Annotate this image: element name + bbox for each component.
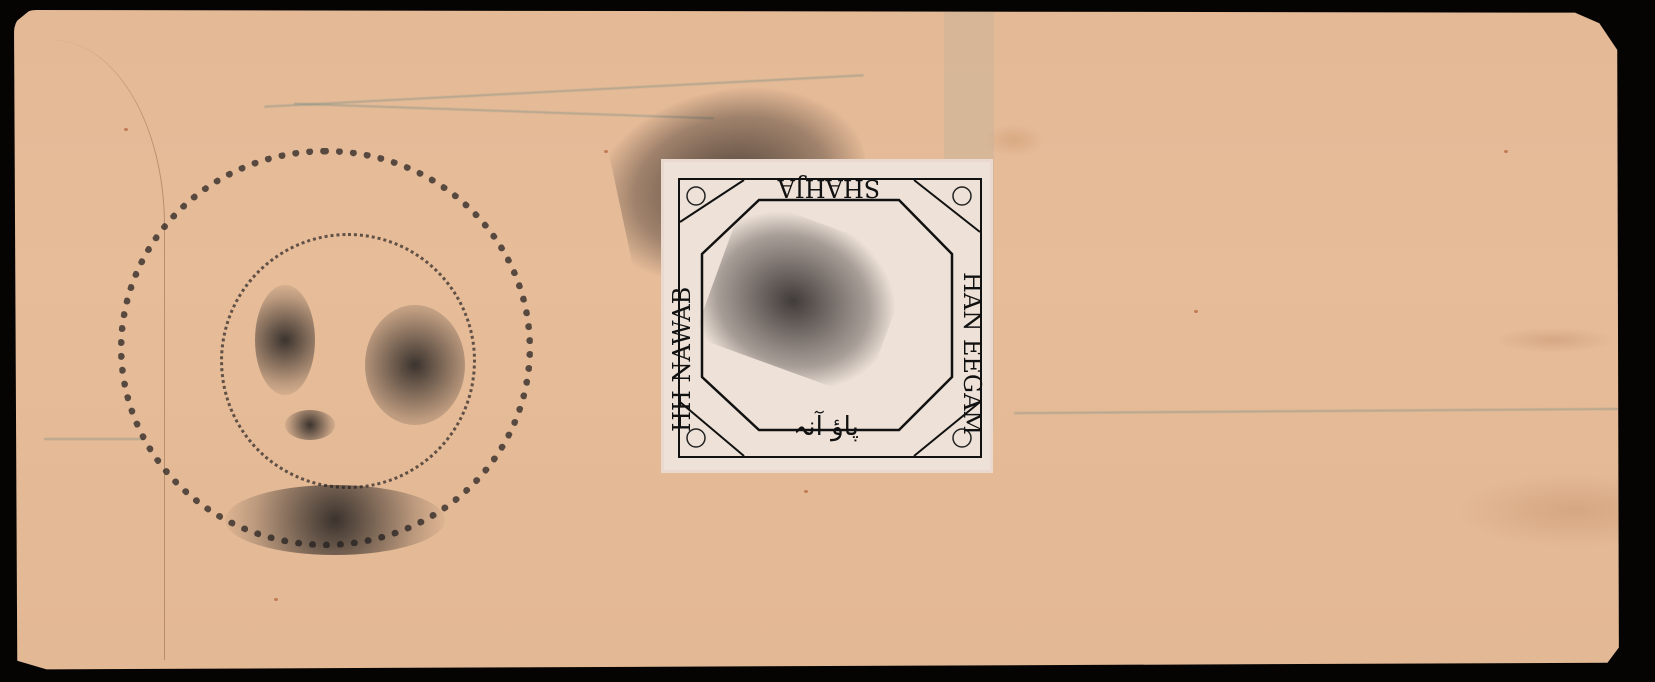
manuscript-stroke — [44, 438, 144, 440]
paper-speck — [1504, 150, 1508, 153]
circular-postmark — [118, 148, 533, 548]
manuscript-stroke — [1014, 408, 1634, 414]
paper-speck — [124, 128, 128, 131]
postmark-ink-blot — [255, 285, 315, 395]
postmark-ink-blot — [225, 485, 445, 555]
paper-speck — [804, 490, 808, 493]
paper-speck — [274, 598, 278, 601]
postmark-ink-blot — [285, 410, 335, 440]
stamp-value-inscription: پاؤ آنہ — [776, 412, 876, 442]
postmark-ink-blot — [365, 305, 465, 425]
postage-stamp: SHAHJA HAN EEGAM HH NAWAB پاؤ آنہ — [664, 162, 990, 470]
paper-speck — [1194, 310, 1198, 313]
